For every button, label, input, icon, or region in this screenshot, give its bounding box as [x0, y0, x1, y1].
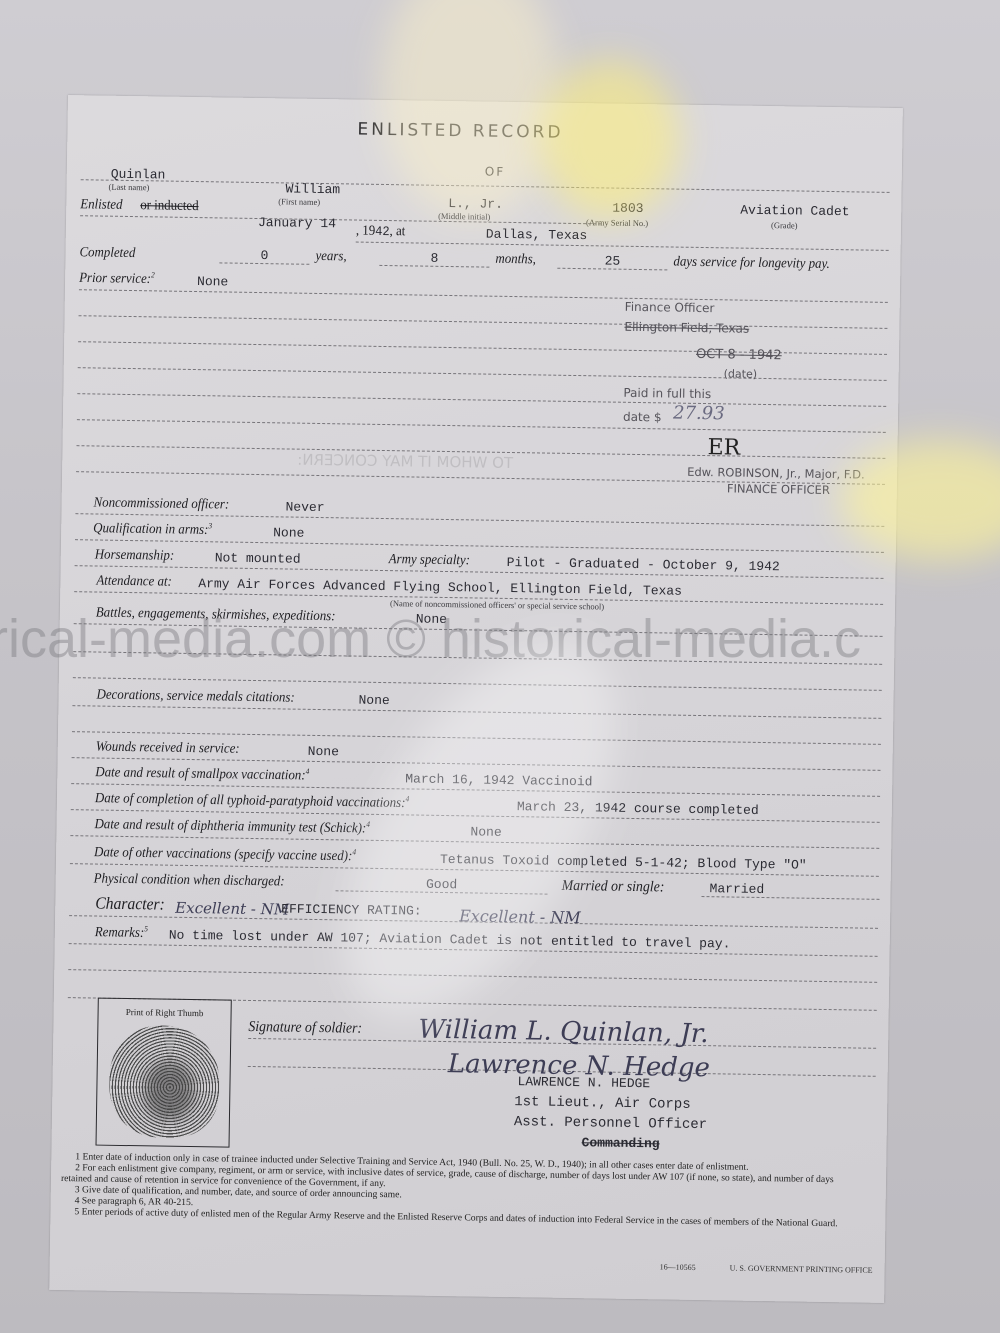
footnote-ref: 5: [144, 925, 148, 934]
document-title: ENLISTED RECORD: [357, 120, 563, 143]
months-value: 8: [379, 250, 489, 268]
enlisted-place: Dallas, Texas: [486, 227, 588, 244]
footnote-ref: 4: [306, 767, 310, 776]
struck-inducted-text: or inducted: [140, 198, 199, 215]
smallpox-value: March 16, 1942 Vaccinoid: [405, 771, 592, 789]
signature-label: Signature of soldier:: [248, 1019, 362, 1038]
thumbprint-image: [109, 1025, 221, 1139]
battles-label: Battles, engagements, skirmishes, expedi…: [96, 606, 336, 626]
enlisted-date: January 14: [258, 215, 336, 231]
soldier-signature: William L. Quinlan, Jr.: [418, 1015, 709, 1050]
stamp-date-caption: (date): [724, 367, 758, 381]
attendance-value: Army Air Forces Advanced Flying School, …: [198, 576, 682, 599]
wounds-value: None: [308, 744, 339, 759]
attendance-label: Attendance at:: [96, 574, 172, 591]
footnote-ref: 2: [151, 271, 155, 280]
enlisted-record-sheet: ENLISTED RECORD OF Quinlan William L., J…: [49, 95, 903, 1303]
battles-value: None: [416, 612, 447, 627]
efficiency-label: EFFICIENCY RATING:: [281, 901, 422, 918]
enlisted-year: 42: [375, 224, 390, 239]
physical-label: Physical condition when discharged:: [94, 872, 285, 891]
officer-rank: 1st Lieut., Air Corps: [514, 1094, 691, 1113]
first-name: William: [285, 181, 340, 197]
nco-label: Noncommissioned officer:: [93, 495, 229, 513]
army-specialty-label: Army specialty:: [389, 552, 470, 569]
remarks-label: Remarks:: [95, 926, 145, 942]
thumbprint-box: Print of Right Thumb: [96, 998, 232, 1148]
typhoid-label: Date of completion of all typhoid-paraty…: [95, 792, 406, 812]
enlisted-label: Enlisted: [80, 197, 122, 214]
remarks-value: No time lost under AW 107; Aviation Cade…: [169, 928, 731, 952]
stamp-amount: 27.93: [673, 403, 725, 425]
footnote-ref: 4: [366, 820, 370, 829]
nco-value: Never: [285, 499, 324, 515]
years-value: 0: [219, 247, 309, 264]
army-specialty-value: Pilot - Graduated - October 9, 1942: [507, 555, 780, 574]
prior-service-label: Prior service:: [79, 271, 151, 287]
completed-label: Completed: [79, 245, 135, 262]
footnote-ref: 4: [405, 795, 409, 804]
stamp-paid-line: Paid in full this: [623, 386, 711, 401]
other-vaccinations-value: Tetanus Toxoid completed 5-1-42; Blood T…: [440, 852, 807, 873]
decorations-value: None: [358, 693, 389, 708]
marital-value: Married: [701, 881, 879, 900]
name-row: Quinlan William L., Jr. 1803 Aviation Ca…: [81, 157, 890, 193]
character-label: Character:: [95, 894, 165, 915]
prior-service-value: None: [197, 274, 228, 289]
physical-value: Good: [336, 875, 548, 894]
at-label: at: [396, 224, 406, 239]
horsemanship-value: Not mounted: [215, 550, 301, 566]
signature-row: Signature of soldier: William L. Quinlan…: [248, 1016, 876, 1049]
serial-number: 1803: [612, 201, 643, 216]
footnote-ref: 3: [208, 522, 212, 531]
stamp-date: OCT 8 - 1942: [696, 347, 782, 363]
finance-stamp: Finance Officer Ellington Field, Texas O…: [68, 95, 903, 108]
officer-block: LAWRENCE N. HEDGE 1st Lieut., Air Corps …: [68, 95, 903, 108]
footnotes: 1 Enter date of induction only in case o…: [60, 1151, 861, 1230]
qualification-label: Qualification in arms:: [93, 521, 208, 538]
days-value: 25: [557, 253, 667, 271]
form-number: 16—10565: [660, 1262, 696, 1272]
bleed-through-text: TO WHOM IT MAY CONCERN:: [297, 451, 513, 472]
efficiency-value: Excellent - NM: [459, 906, 581, 927]
diphtheria-value: None: [470, 824, 501, 839]
footnote-ref: 4: [352, 848, 356, 857]
printer-credit: U. S. GOVERNMENT PRINTING OFFICE: [730, 1264, 873, 1275]
finance-officer-title: FINANCE OFFICER: [727, 481, 830, 497]
qualification-value: None: [273, 525, 304, 540]
days-label: days service for longevity pay.: [673, 255, 830, 273]
finance-officer-name: Edw. ROBINSON, Jr., Major, F.D.: [687, 465, 865, 482]
stamp-amount-prefix: date $: [623, 410, 662, 425]
finance-initials: ER: [707, 435, 740, 461]
smallpox-label: Date and result of smallpox vaccination:: [95, 766, 305, 784]
wounds-label: Wounds received in service:: [96, 740, 240, 758]
horsemanship-label: Horsemanship:: [95, 547, 175, 564]
officer-title: Asst. Personnel Officer: [514, 1114, 707, 1133]
enlisted-row: Enlisted or inducted January 14: [80, 193, 601, 224]
years-label: years,: [315, 249, 346, 265]
stamp-line-1: Finance Officer: [625, 300, 715, 315]
other-vaccinations-label: Date of other vaccinations (specify vacc…: [94, 846, 352, 865]
typhoid-value: March 23, 1942 course completed: [517, 799, 759, 818]
year-prefix: 19: [362, 224, 375, 239]
officer-name: LAWRENCE N. HEDGE: [517, 1074, 650, 1091]
stamp-line-2: Ellington Field, Texas: [624, 320, 749, 336]
months-label: months,: [495, 252, 536, 269]
last-name-caption: (Last name): [108, 182, 149, 193]
marital-label: Married or single:: [561, 878, 664, 897]
diphtheria-label: Date and result of diphtheria immunity t…: [94, 818, 366, 837]
character-value: Excellent - NM: [175, 899, 289, 919]
decorations-label: Decorations, service medals citations:: [96, 688, 294, 707]
thumbprint-label: Print of Right Thumb: [99, 1007, 231, 1019]
grade-value: Aviation Cadet: [740, 203, 849, 220]
last-name: Quinlan: [111, 167, 166, 183]
struck-commanding: Commanding: [581, 1135, 659, 1151]
